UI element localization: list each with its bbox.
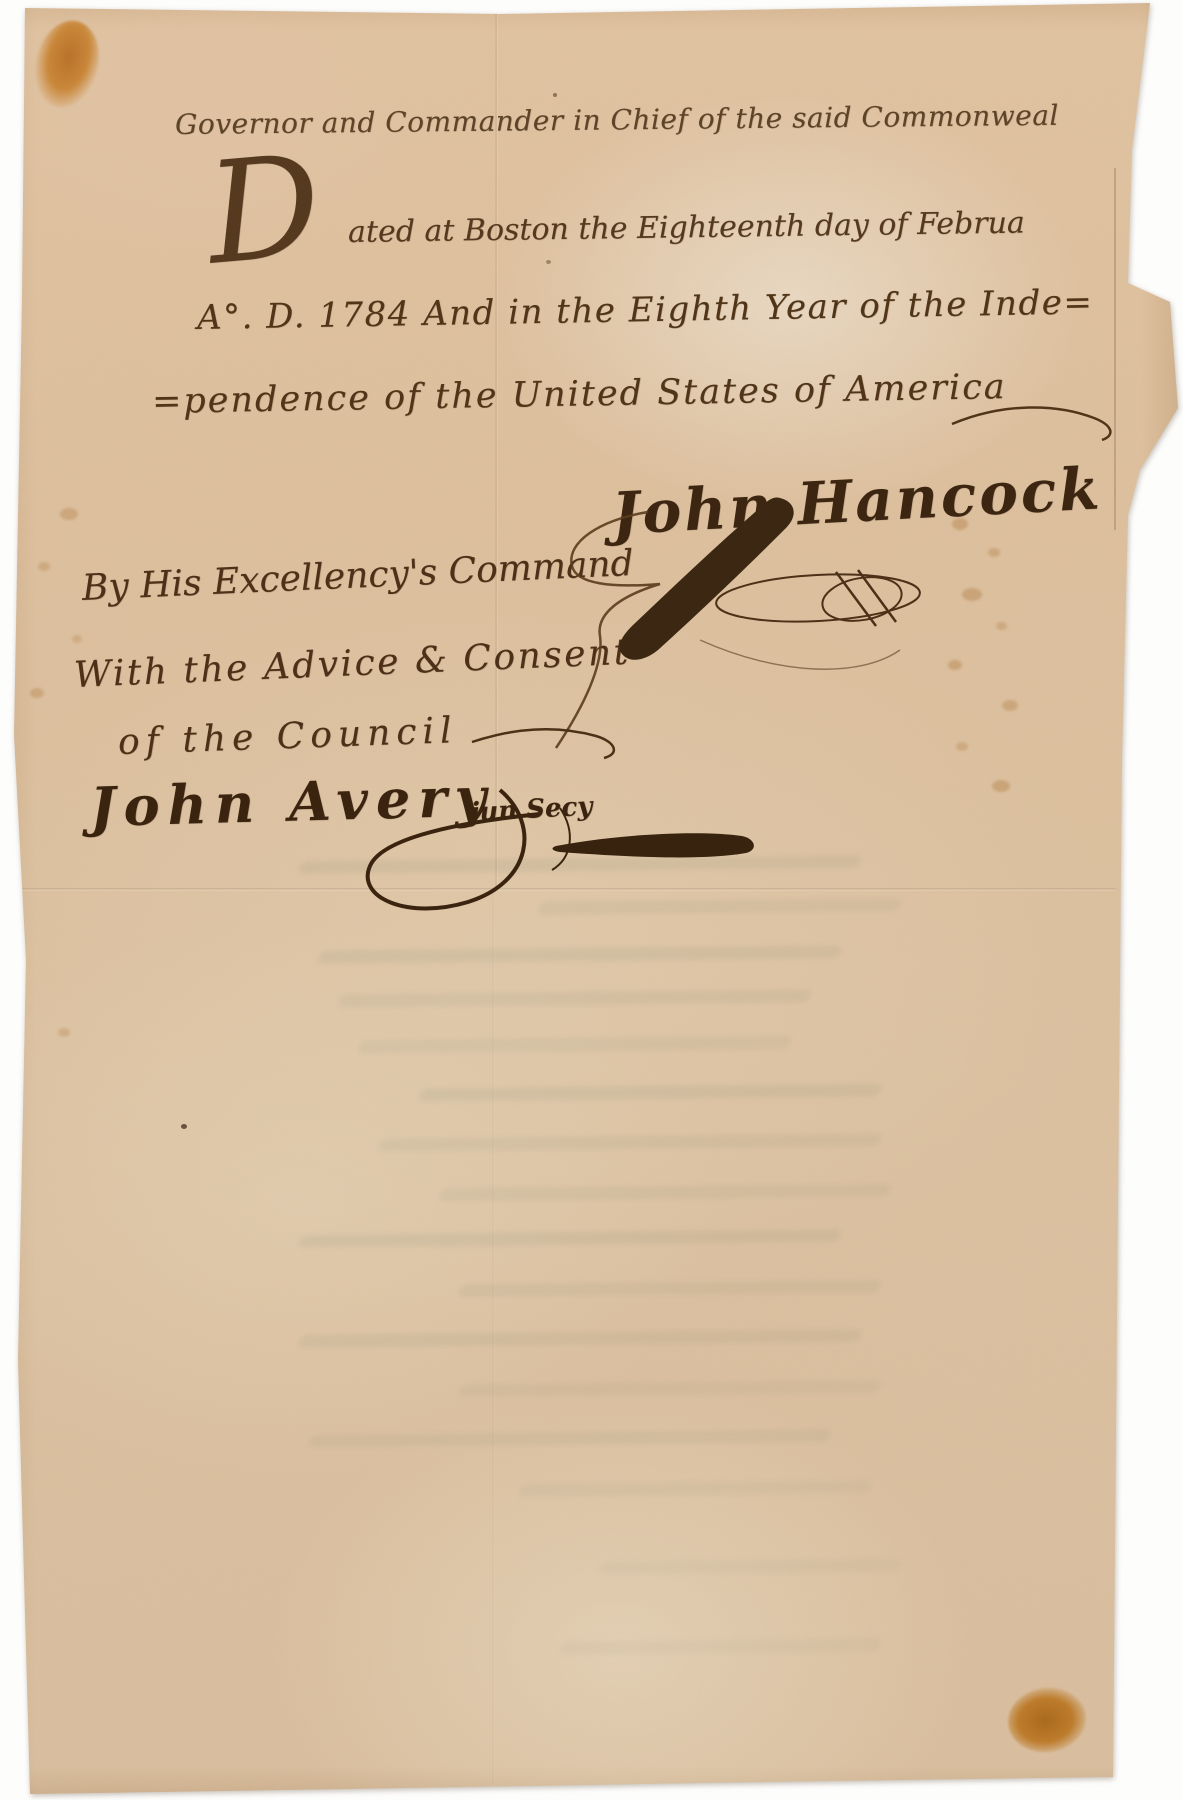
ghost-writing-line xyxy=(557,1638,882,1654)
vertical-fold-crease-lower xyxy=(492,890,495,1790)
ghost-writing-line xyxy=(337,990,813,1008)
foxing-spot xyxy=(60,508,78,520)
ghost-writing-line xyxy=(597,1558,902,1574)
foxing-spot xyxy=(72,635,82,643)
handwriting-dated-line: ated at Boston the Eighteenth day of Feb… xyxy=(348,206,1025,250)
ghost-writing-line xyxy=(377,1133,883,1151)
ink-flourishes xyxy=(0,0,1183,1800)
council-swash xyxy=(472,729,614,758)
right-edge-fold-crease xyxy=(1114,168,1116,530)
handwriting-independence-line: =pendence of the United States of Americ… xyxy=(152,367,1007,422)
ghost-writing-line xyxy=(537,898,902,915)
paper-shadow-wrap: Governor and Commander in Chief of the s… xyxy=(0,0,1183,1800)
vertical-fold-crease xyxy=(495,8,498,890)
foxing-spot xyxy=(956,742,968,751)
ghost-writing-line xyxy=(357,1036,793,1054)
ghost-writing-line xyxy=(517,1480,872,1497)
ghost-writing-line xyxy=(437,1184,893,1202)
ghost-writing-line xyxy=(417,1084,883,1102)
attestation-line-1: By His Excellency's Command xyxy=(81,543,634,609)
john-hancock-signature: John Hancock xyxy=(610,454,1104,548)
ink-speck xyxy=(181,1124,187,1129)
foxing-spot xyxy=(992,780,1010,792)
ink-speck xyxy=(546,260,551,264)
ghost-writing-line xyxy=(297,1229,843,1248)
ink-speck xyxy=(553,93,557,97)
foxing-spot xyxy=(988,548,1000,557)
foxing-spot xyxy=(996,622,1007,630)
horizontal-fold-crease xyxy=(22,888,1116,891)
hancock-paraph xyxy=(700,570,921,670)
foxing-spot xyxy=(38,562,50,571)
avery-dash-flourish xyxy=(553,833,754,857)
foxing-spot xyxy=(1002,700,1018,711)
ghost-writing-line xyxy=(317,945,843,963)
foxing-spot xyxy=(962,588,982,601)
attestation-line-2: With the Advice & Consent xyxy=(73,632,631,696)
foxing-spot xyxy=(30,688,44,698)
ghost-writing-line xyxy=(297,1329,863,1348)
ghost-writing-line xyxy=(307,1429,833,1447)
foxing-spot xyxy=(58,1028,70,1037)
john-avery-signature: John Avery xyxy=(89,764,495,839)
scanned-document-page: { "document": { "header_line": "Governor… xyxy=(0,0,1183,1800)
manuscript-paper: Governor and Commander in Chief of the s… xyxy=(0,0,1183,1800)
rust-stain-top-left xyxy=(26,14,107,114)
ghost-writing-line xyxy=(457,1280,882,1297)
foxing-spot xyxy=(948,660,962,670)
ghost-writing-line xyxy=(457,1380,882,1397)
rust-stain-bottom-right xyxy=(1004,1683,1090,1757)
attestation-line-3: of the Council xyxy=(117,710,458,763)
paper-texture xyxy=(0,0,1183,1800)
ghost-writing-line xyxy=(297,855,863,874)
john-avery-title: jun Secy xyxy=(469,792,593,828)
handwriting-anno-line: A°. D. 1784 And in the Eighth Year of th… xyxy=(197,282,1094,338)
handwriting-dated-initial: D xyxy=(202,136,326,285)
america-swash xyxy=(952,407,1110,440)
